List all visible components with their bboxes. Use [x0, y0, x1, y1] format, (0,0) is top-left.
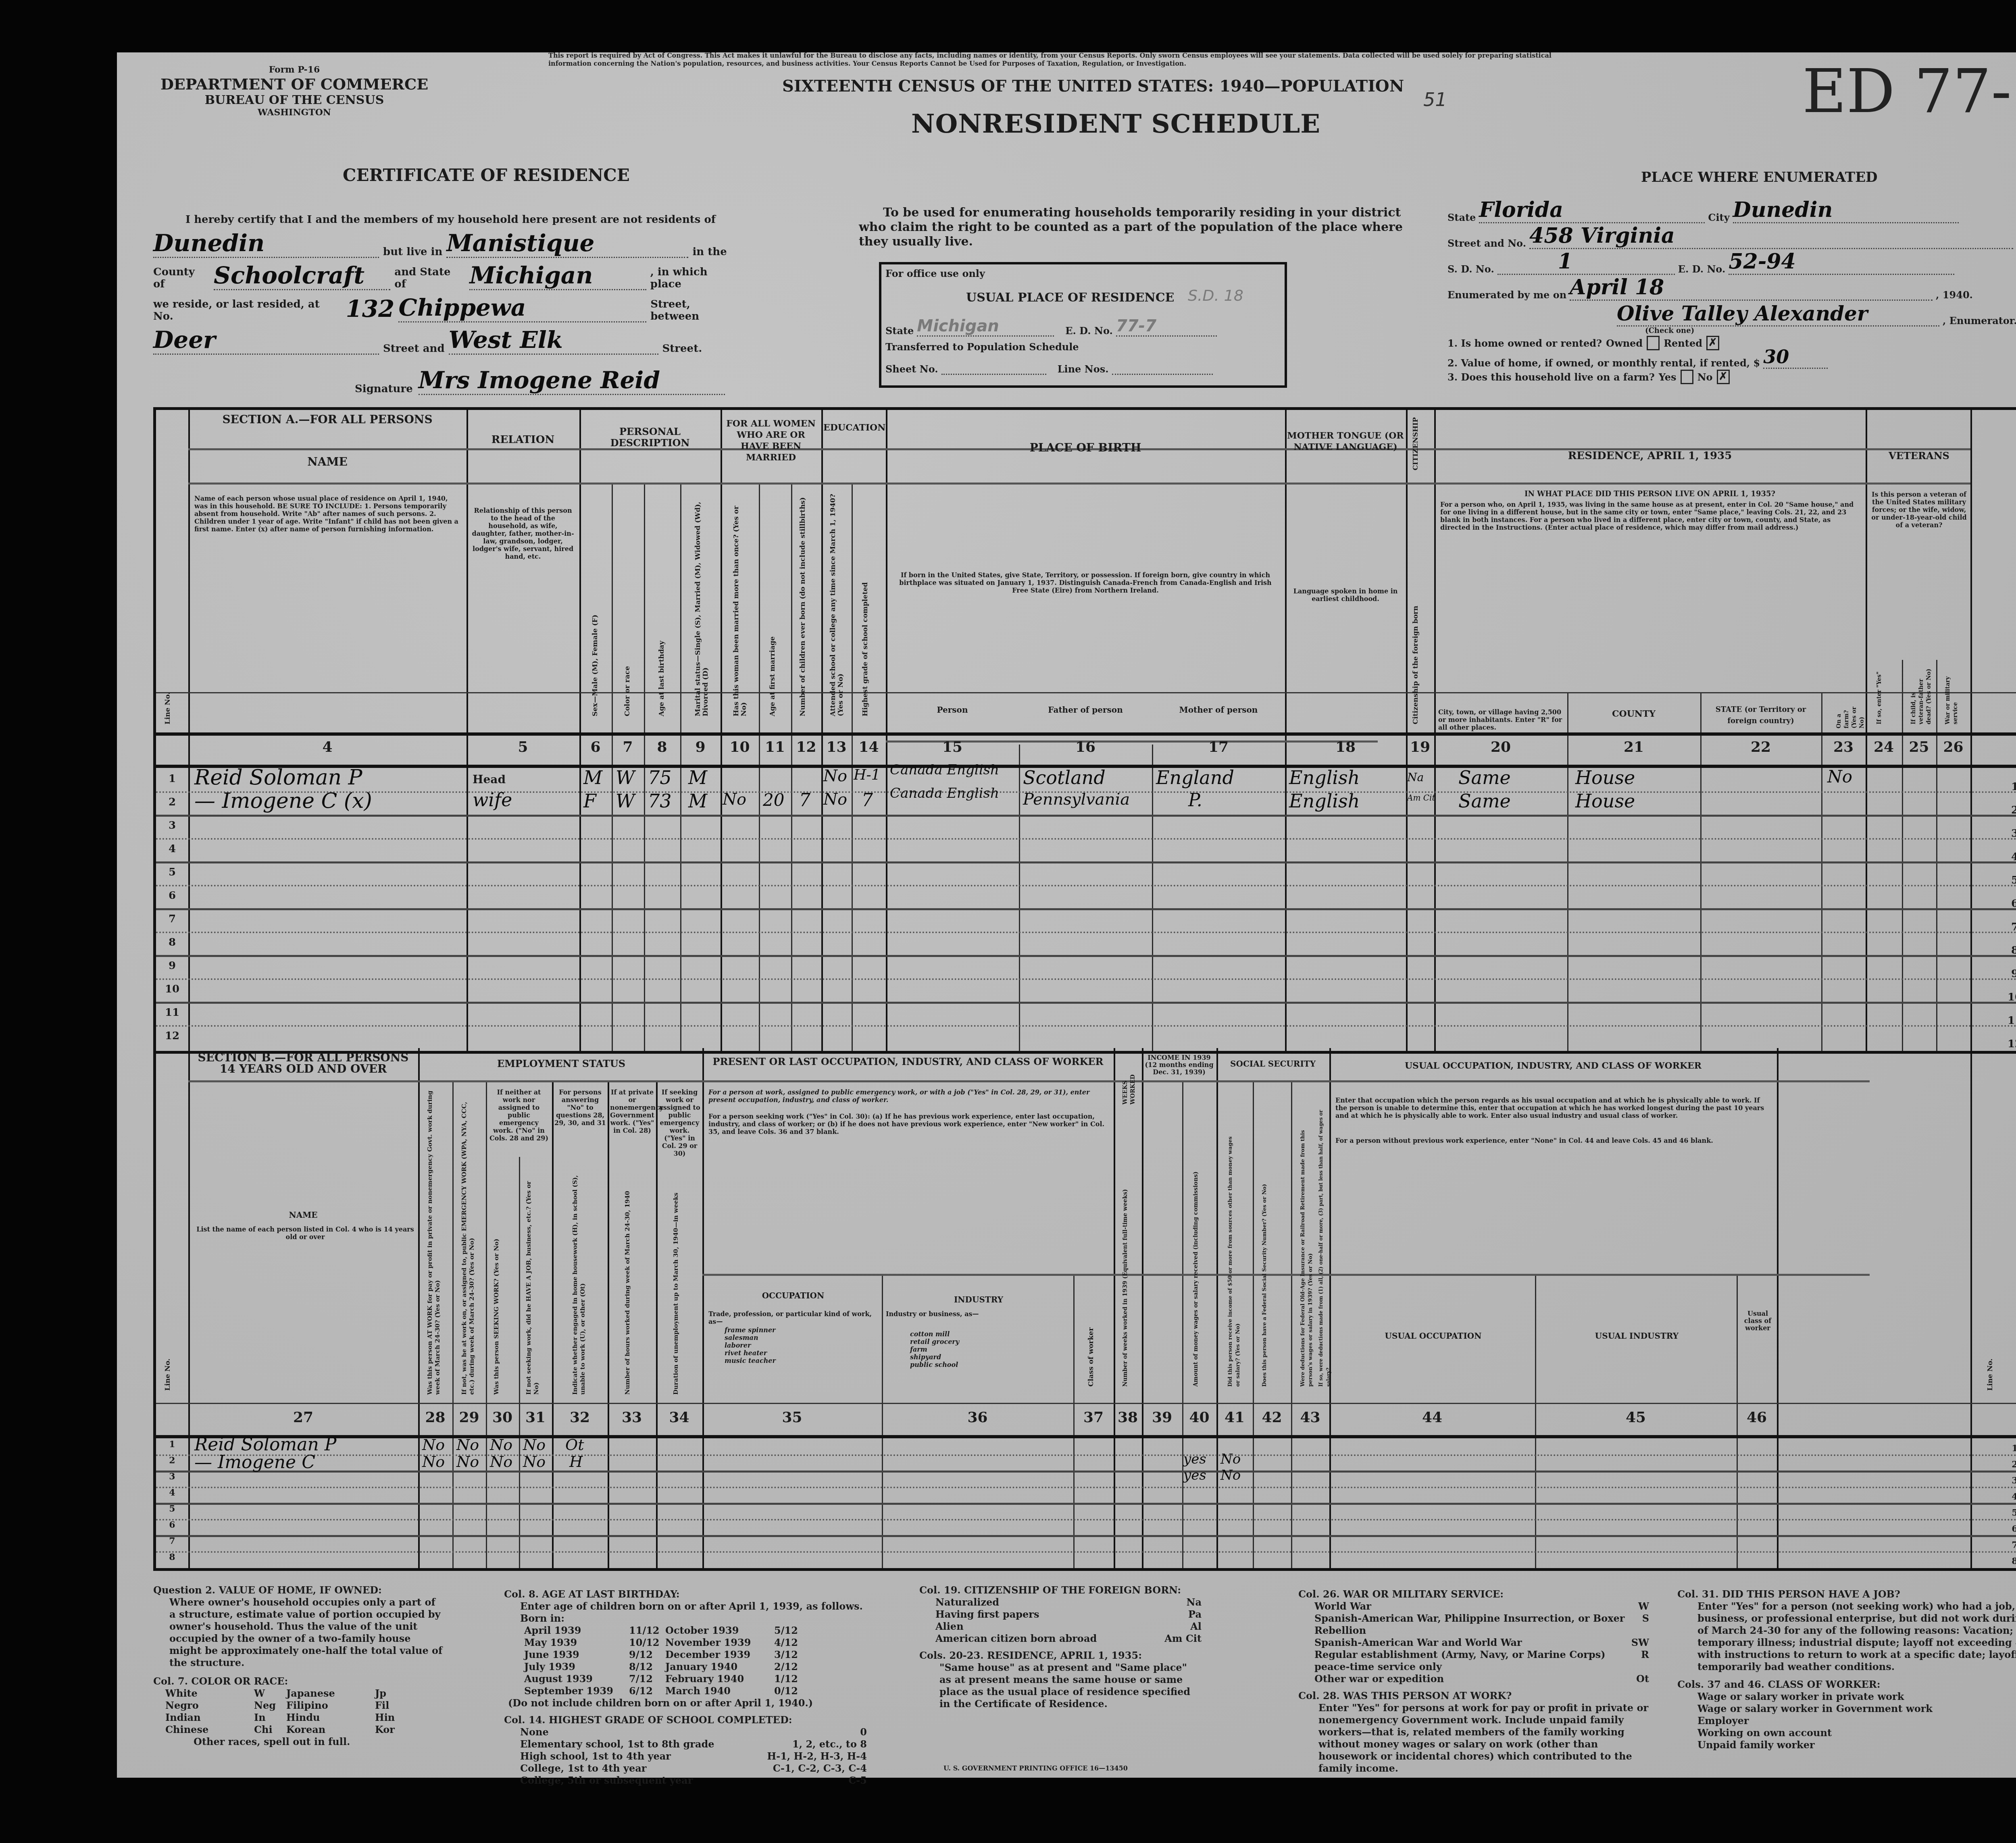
row1-citizenship[interactable]: Na: [1407, 771, 1424, 784]
marital-heading: Marital status—Single (S), Married (M), …: [694, 491, 710, 716]
farm-yes-label: Yes: [1659, 371, 1677, 383]
code-value: Fil: [375, 1699, 407, 1712]
pe-date-field[interactable]: April 18: [1570, 275, 1933, 301]
b-row2-col28[interactable]: No: [422, 1453, 445, 1471]
rented-checkbox[interactable]: ✗: [1706, 336, 1719, 350]
row2-school[interactable]: No: [823, 790, 847, 809]
education-heading: EDUCATION: [823, 422, 884, 433]
color-heading: Color or race: [624, 491, 631, 716]
residence-county-heading: COUNTY: [1569, 708, 1698, 720]
code-label: Naturalized: [935, 1596, 999, 1608]
birth-mother-heading: Mother of person: [1154, 704, 1283, 716]
farm-no-checkbox[interactable]: ✗: [1717, 370, 1730, 384]
line-number: 2: [156, 796, 188, 808]
b-line-number: 6: [156, 1520, 188, 1530]
q2-text: Where owner's household occupies only a …: [153, 1596, 444, 1669]
col32-group-heading: For persons answering "No" to questions …: [554, 1088, 606, 1127]
sex-heading: Sex—Male (M), Female (F): [591, 491, 599, 716]
office-ed-field[interactable]: 77-7: [1116, 317, 1217, 337]
place-enumerated-title: PLACE WHERE ENUMERATED: [1641, 169, 1878, 185]
row2-res-county[interactable]: House: [1575, 790, 1635, 812]
sd-annotation: S.D. 18: [1188, 287, 1243, 304]
code-label: Negro: [165, 1699, 254, 1712]
col-num-28: 28: [418, 1409, 452, 1426]
col30-31-group-heading: If neither at work nor assigned to publi…: [489, 1088, 549, 1142]
example: laborer: [725, 1342, 878, 1349]
code-label: Wage or salary worker in private work: [1697, 1691, 1904, 1703]
office-state-label: State: [885, 325, 914, 337]
industry-examples: cotton mill retail grocery farm shipyard…: [910, 1330, 1063, 1369]
row1-race[interactable]: W: [616, 767, 635, 788]
certificate-statement: I hereby certify that I and the members …: [153, 214, 742, 226]
col-num-8: 8: [644, 738, 680, 755]
place-of-birth-heading: PLACE OF BIRTH: [888, 442, 1283, 453]
code-label: College, 1st to 4th year: [520, 1762, 646, 1774]
married-more-heading: Has this woman been married more than on…: [733, 491, 748, 716]
cross-street-2-field[interactable]: West Elk: [449, 326, 658, 355]
department: DEPARTMENT OF COMMERCE: [153, 75, 435, 93]
code-value: 11/12: [629, 1625, 665, 1637]
pe-year: , 1940.: [1936, 289, 1973, 301]
col-num-18: 18: [1285, 738, 1406, 755]
b-row2-col31[interactable]: No: [523, 1453, 546, 1471]
col-num-6: 6: [579, 738, 612, 755]
confidentiality-notice: This report is required by Act of Congre…: [548, 52, 1597, 68]
col-num-45: 45: [1535, 1409, 1737, 1426]
line-number: 5: [156, 866, 188, 878]
occupation-subheading: OCCUPATION: [704, 1290, 882, 1301]
code-label: Regular establishment (Army, Navy, or Ma…: [1314, 1649, 1641, 1673]
code-label: None: [520, 1726, 549, 1738]
pe-enumerator-field[interactable]: Olive Talley Alexander: [1617, 302, 1939, 327]
row1-sex[interactable]: M: [583, 767, 602, 788]
q2-title: Question 2. VALUE OF HOME, IF OWNED:: [153, 1584, 444, 1596]
code-value: 0: [860, 1726, 867, 1738]
b-row1-col30[interactable]: No: [490, 1436, 512, 1454]
col-num-15: 15: [886, 738, 1019, 755]
reside-label: we reside, or last resided, at No.: [153, 298, 342, 322]
farm-yes-checkbox[interactable]: [1681, 370, 1693, 384]
col-num-19: 19: [1406, 738, 1434, 755]
col-num-22: 22: [1700, 738, 1821, 755]
code-label: American citizen born abroad: [935, 1633, 1097, 1645]
col8-title: Col. 8. AGE AT LAST BIRTHDAY:: [504, 1588, 867, 1600]
code-value: Chi: [254, 1724, 286, 1736]
instructions-col-1: Question 2. VALUE OF HOME, IF OWNED: Whe…: [153, 1584, 444, 1748]
usual-occupation-subheading: USUAL OCCUPATION: [1331, 1330, 1535, 1342]
b-row2-col40[interactable]: yes: [1183, 1467, 1206, 1483]
code-label: March 1940: [665, 1685, 774, 1697]
income-amount-heading: Amount of money wages or salary received…: [1192, 1129, 1200, 1387]
b-row1-col29[interactable]: No: [456, 1436, 479, 1454]
b-line-number-right: 6: [1970, 1524, 2016, 1534]
example: salesman: [725, 1334, 878, 1342]
usual-instructions-2: For a person without previous work exper…: [1335, 1137, 1771, 1144]
b-line-number: 4: [156, 1487, 188, 1498]
form-number: Form P-16: [153, 64, 435, 75]
residence-question: IN WHAT PLACE DID THIS PERSON LIVE ON AP…: [1436, 489, 1864, 500]
not-resident-of-field[interactable]: Dunedin: [153, 229, 379, 258]
state-label: and State of: [394, 266, 465, 290]
b-line-number-right: 1: [1970, 1443, 2016, 1454]
office-use-box: For office use only USUAL PLACE OF RESID…: [879, 262, 1287, 388]
cross-street-1-field[interactable]: Deer: [153, 326, 379, 355]
pe-street-field[interactable]: 458 Virginia: [1529, 223, 2013, 249]
line-no-heading: Line No.: [164, 612, 172, 724]
col37-title: Cols. 37 and 46. CLASS OF WORKER:: [1677, 1679, 2016, 1691]
street-and-label: Street and: [383, 343, 445, 355]
col-num-12: 12: [791, 738, 821, 755]
line-number-right: 4: [1970, 851, 2016, 863]
line-number: 4: [156, 843, 188, 855]
pe-state-field[interactable]: Florida: [1479, 198, 1705, 223]
code-value: Ot: [1636, 1673, 1649, 1685]
col-num-26: 26: [1936, 738, 1970, 755]
ss-deduction-share-heading: If so, were deductions made from (1) all…: [1317, 1109, 1333, 1387]
code-value: 9/12: [629, 1649, 665, 1661]
code-label: Filipino: [286, 1699, 375, 1712]
row2-grade[interactable]: 7: [862, 790, 873, 811]
row2-race[interactable]: W: [616, 790, 635, 812]
census-sheet: This report is required by Act of Congre…: [117, 52, 2016, 1778]
office-state-field[interactable]: Michigan: [917, 317, 1054, 337]
code-value: Na: [1187, 1596, 1202, 1608]
example: frame spinner: [725, 1326, 878, 1334]
sheet-no-label: Sheet No.: [885, 363, 938, 375]
in-the-label: in the: [692, 246, 727, 258]
code-value: 4/12: [774, 1637, 810, 1649]
row2-birth-father[interactable]: Pennsylvania: [1023, 790, 1130, 809]
col31-heading: If not seeking work, did he HAVE A JOB, …: [525, 1169, 540, 1395]
usual-residence-title: USUAL PLACE OF RESIDENCE: [966, 291, 1174, 305]
example: farm: [910, 1346, 1063, 1353]
instructions-col-5: Col. 31. DID THIS PERSON HAVE A JOB? Ent…: [1677, 1588, 2016, 1751]
col20-title: Cols. 20-23. RESIDENCE, APRIL 1, 1935:: [919, 1650, 1202, 1662]
row1-name[interactable]: Reid Soloman P: [194, 765, 362, 790]
code-value: C-1, C-2, C-3, C-4: [773, 1762, 867, 1774]
col26-title: Col. 26. WAR OR MILITARY SERVICE:: [1298, 1588, 1649, 1600]
rent-value-field[interactable]: 30: [1763, 346, 1828, 369]
residence-1935-heading: RESIDENCE, APRIL 1, 1935: [1436, 450, 1864, 462]
code-label: April 1939: [524, 1625, 629, 1637]
col8-codes: April 193911/12 October 19395/12 May 193…: [504, 1625, 867, 1697]
residence-state-heading: STATE (or Territory or foreign country): [1702, 704, 1819, 727]
line-number: 8: [156, 936, 188, 949]
col-num-20: 20: [1434, 738, 1567, 755]
example: retail grocery: [910, 1338, 1063, 1346]
row2-name[interactable]: — Imogene C (x): [194, 789, 372, 813]
code-label: Alien: [935, 1620, 964, 1633]
col-num-25: 25: [1902, 738, 1936, 755]
code-value: 8/12: [629, 1661, 665, 1673]
code-value: S: [1642, 1612, 1649, 1637]
census-title: SIXTEENTH CENSUS OF THE UNITED STATES: 1…: [782, 77, 1468, 96]
code-label: November 1939: [665, 1637, 774, 1649]
col-num-40: 40: [1182, 1409, 1216, 1426]
county-field[interactable]: Schoolcraft: [214, 262, 390, 290]
age-heading: Age at last birthday: [658, 491, 666, 716]
code-value: 7/12: [629, 1673, 665, 1685]
col-num-34: 34: [656, 1409, 702, 1426]
transferred-label: Transferred to Population Schedule: [885, 341, 1079, 353]
pe-enumerator-suffix: , Enumerator.: [1943, 315, 2016, 327]
code-label: World War: [1314, 1600, 1371, 1612]
col37-codes: Wage or salary worker in private workPW …: [1677, 1691, 2016, 1751]
col-num-35: 35: [702, 1409, 882, 1426]
b-row1-col41[interactable]: No: [1220, 1451, 1241, 1467]
col-num-4: 4: [188, 738, 467, 755]
income-heading: INCOME IN 1939 (12 months ending Dec. 31…: [1144, 1054, 1214, 1076]
code-value: C-5: [848, 1774, 867, 1787]
row1-birth-father[interactable]: Scotland: [1023, 767, 1106, 788]
women-married-heading: FOR ALL WOMEN WHO ARE OR HAVE BEEN MARRI…: [723, 418, 819, 463]
code-label: Spanish-American War, Philippine Insurre…: [1314, 1612, 1642, 1637]
b-line-number: 7: [156, 1536, 188, 1546]
veterans-heading: VETERANS: [1868, 450, 1970, 462]
line-number-right: 6: [1970, 898, 2016, 910]
row2-birth-mother[interactable]: P.: [1188, 790, 1202, 811]
example: shipyard: [910, 1353, 1063, 1361]
row1-birth-person[interactable]: Canada English: [890, 764, 1015, 776]
col-num-23: 23: [1821, 738, 1866, 755]
code-label: Wage or salary worker in Government work: [1697, 1703, 1933, 1715]
children-heading: Number of children ever born (do not inc…: [799, 491, 807, 716]
b-row1-col32[interactable]: Ot: [565, 1436, 584, 1454]
b-line-number-right: 7: [1970, 1540, 2016, 1550]
line-number: 1: [156, 773, 188, 785]
owned-label: Owned: [1606, 337, 1643, 349]
weeks-worked-sub: Number of weeks worked in 1939 (Equivale…: [1122, 1129, 1129, 1387]
code-value: Hin: [375, 1712, 407, 1724]
house-number-field[interactable]: 132: [346, 295, 394, 322]
col-num-27: 27: [188, 1409, 418, 1426]
line-number: 10: [156, 983, 188, 995]
col-num-10: 10: [721, 738, 759, 755]
residence-city-heading: City, town, or village having 2,500 or m…: [1438, 708, 1565, 731]
owned-checkbox[interactable]: [1647, 336, 1660, 350]
col-num-21: 21: [1567, 738, 1700, 755]
line-nos-label: Line Nos.: [1058, 363, 1109, 375]
code-label: College, 5th or subsequent year: [520, 1774, 693, 1787]
col28-title: Col. 28. WAS THIS PERSON AT WORK?: [1298, 1690, 1649, 1702]
occupation-instructions-1: For a person at work, assigned to public…: [708, 1088, 1112, 1104]
code-value: 2/12: [774, 1661, 810, 1673]
citizenship-vertical: Citizenship of the foreign born: [1412, 491, 1420, 724]
line-nos-field[interactable]: [1112, 363, 1213, 375]
b-row1-col31[interactable]: No: [523, 1436, 546, 1454]
row2-relation[interactable]: wife: [473, 789, 512, 811]
row2-tongue[interactable]: English: [1289, 790, 1360, 812]
code-value: 3/12: [774, 1649, 810, 1661]
row1-marital[interactable]: M: [688, 767, 707, 788]
col-num-11: 11: [759, 738, 791, 755]
example: music teacher: [725, 1357, 878, 1365]
row2-children[interactable]: 7: [799, 790, 810, 811]
line-number-right: 1: [1970, 781, 2016, 793]
col-num-14: 14: [852, 738, 886, 755]
row1-res-farm[interactable]: No: [1827, 767, 1852, 786]
col31-text: Enter "Yes" for a person (not seeking wo…: [1677, 1600, 2016, 1673]
code-label: February 1940: [665, 1673, 774, 1685]
pe-check-one: (Check one): [1447, 327, 2016, 335]
row2-age-first-marriage[interactable]: 20: [763, 790, 784, 810]
schedule-purpose: To be used for enumerating households te…: [859, 206, 1403, 249]
certificate-title: CERTIFICATE OF RESIDENCE: [343, 165, 630, 185]
row1-res-city[interactable]: Same: [1458, 767, 1511, 788]
personal-description-heading: PERSONAL DESCRIPTION: [581, 426, 719, 449]
age-first-marriage-heading: Age at first marriage: [769, 491, 777, 716]
relation-heading: RELATION: [469, 434, 577, 445]
col14-title: Col. 14. HIGHEST GRADE OF SCHOOL COMPLET…: [504, 1714, 867, 1726]
b-row2-col29[interactable]: No: [456, 1453, 479, 1471]
col-num-43: 43: [1291, 1409, 1329, 1426]
code-label: White: [165, 1687, 254, 1699]
social-security-heading: SOCIAL SECURITY: [1218, 1058, 1327, 1069]
row2-citizenship[interactable]: Am Cit: [1407, 793, 1435, 803]
code-label: Japanese: [286, 1687, 375, 1699]
col28-heading: Was this person AT WORK for pay or profi…: [426, 1088, 442, 1395]
row2-sex[interactable]: F: [583, 790, 596, 812]
street-field[interactable]: Chippewa: [398, 294, 646, 322]
code-label: August 1939: [524, 1673, 629, 1685]
col-num-42: 42: [1253, 1409, 1291, 1426]
code-value: Kor: [375, 1724, 407, 1736]
printing-office: U. S. GOVERNMENT PRINTING OFFICE 16—1345…: [919, 1762, 1202, 1774]
section-b-table: SECTION B.—FOR ALL PERSONS 14 YEARS OLD …: [153, 1048, 2016, 1571]
row1-school[interactable]: No: [823, 767, 847, 785]
col33-heading: Number of hours worked during week of Ma…: [624, 1169, 631, 1395]
vet-war-heading: War or military service: [1944, 668, 1960, 724]
code-value: Al: [1190, 1620, 1202, 1633]
bureau: BUREAU OF THE CENSUS: [153, 93, 435, 107]
code-value: 1, 2, etc., to 8: [792, 1738, 867, 1750]
pe-city-field[interactable]: Dunedin: [1733, 198, 1959, 223]
section-b-line-no-heading-right: Line No.: [1987, 1290, 1994, 1391]
code-label: Unpaid family worker: [1697, 1739, 1815, 1751]
citizenship-heading: CITIZENSHIP: [1412, 422, 1420, 470]
row1-res-county[interactable]: House: [1575, 767, 1635, 788]
pe-city-label: City: [1708, 212, 1729, 223]
attended-school-heading: Attended school or college any time sinc…: [829, 491, 845, 716]
live-in-field[interactable]: Manistique: [446, 229, 688, 258]
instructions-col-4: Col. 26. WAR OR MILITARY SERVICE: World …: [1298, 1588, 1649, 1774]
col29-heading: If not, was he at work on, or assigned t…: [460, 1088, 476, 1395]
row1-grade[interactable]: H-1: [854, 767, 880, 783]
row1-tongue[interactable]: English: [1289, 767, 1360, 788]
b-row2-name[interactable]: — Imogene C: [194, 1452, 315, 1473]
pe-state-label: State: [1447, 212, 1476, 223]
industry-sub-instructions: Industry or business, as—: [886, 1310, 1071, 1318]
line-number-right: 10: [1970, 991, 2016, 1003]
code-value: 6/12: [629, 1685, 665, 1697]
row1-birth-mother[interactable]: England: [1156, 767, 1234, 788]
row2-age[interactable]: 73: [648, 790, 672, 812]
code-value: Jp: [375, 1687, 407, 1699]
row2-married-more[interactable]: No: [723, 790, 746, 809]
sheet-no-field[interactable]: [941, 363, 1046, 375]
col34-heading: Duration of unemployment up to March 30,…: [672, 1169, 680, 1395]
state-field[interactable]: Michigan: [469, 262, 646, 290]
signature-label: Signature: [355, 383, 413, 395]
which-place-label: , in which place: [650, 266, 742, 290]
pe-ed-field[interactable]: 52-94: [1729, 249, 1954, 275]
col-num-37: 37: [1073, 1409, 1114, 1426]
birth-person-heading: Person: [888, 704, 1017, 716]
row1-relation[interactable]: Head: [473, 773, 506, 786]
place-enumerated-form: State Florida City Dunedin Street and No…: [1447, 198, 2016, 385]
line-number: 12: [156, 1030, 188, 1042]
line-number: 11: [156, 1007, 188, 1019]
b-row2-col30[interactable]: No: [490, 1453, 512, 1471]
col26-codes: World WarW Spanish-American War, Philipp…: [1298, 1600, 1649, 1685]
section-a-title: SECTION A.—FOR ALL PERSONS: [190, 414, 464, 425]
pe-sd-field[interactable]: 1: [1497, 249, 1675, 275]
b-row1-col28[interactable]: No: [422, 1436, 445, 1454]
place-of-birth-instructions: If born in the United States, give State…: [894, 571, 1277, 594]
code-value: Neg: [254, 1699, 286, 1712]
col7-title: Col. 7. COLOR OR RACE:: [153, 1675, 444, 1687]
col7-other: Other races, spell out in full.: [153, 1736, 444, 1748]
ed-annotation: ED 77-7: [1802, 56, 2016, 127]
schedule-title: NONRESIDENT SCHEDULE: [911, 109, 1320, 139]
code-value: Am Cit: [1164, 1633, 1202, 1645]
col-num-7: 7: [612, 738, 644, 755]
row2-birth-person[interactable]: Canada English: [890, 787, 1015, 799]
code-value: W: [1638, 1600, 1649, 1612]
code-label: High school, 1st to 4th year: [520, 1750, 671, 1762]
b-row2-col32[interactable]: H: [569, 1453, 583, 1471]
b-row1-col40[interactable]: yes: [1183, 1451, 1206, 1467]
rented-label: Rented: [1664, 337, 1702, 349]
b-line-number: 2: [156, 1455, 188, 1466]
col8-text: Enter age of children born on or after A…: [504, 1600, 867, 1625]
class-of-worker-heading: Class of worker: [1087, 1290, 1095, 1387]
col-num-17: 17: [1152, 738, 1285, 755]
but-live-in-label: but live in: [383, 246, 442, 258]
ss-number-heading: Does this person have a Federal Social S…: [1261, 1109, 1268, 1387]
b-row2-col41[interactable]: No: [1220, 1467, 1241, 1483]
col-num-29: 29: [452, 1409, 486, 1426]
ss-deductions-heading: Were deductions for Federal Old-Age Insu…: [1299, 1109, 1314, 1387]
code-label: Korean: [286, 1724, 375, 1736]
col28-text: Enter "Yes" for persons at work for pay …: [1298, 1702, 1649, 1774]
line-number-right: 5: [1970, 874, 2016, 886]
col-num-9: 9: [680, 738, 721, 755]
instructions-col-2: Col. 8. AGE AT LAST BIRTHDAY: Enter age …: [504, 1588, 867, 1787]
col-num-30: 30: [486, 1409, 519, 1426]
col-num-5: 5: [467, 738, 579, 755]
section-b-name-instructions: List the name of each person listed in C…: [196, 1225, 414, 1241]
signature-field[interactable]: Mrs Imogene Reid: [419, 366, 725, 395]
employment-status-heading: EMPLOYMENT STATUS: [420, 1058, 702, 1069]
line-number: 6: [156, 890, 188, 902]
name-instructions: Name of each person whose usual place of…: [194, 495, 460, 533]
col19-title: Col. 19. CITIZENSHIP OF THE FOREIGN BORN…: [919, 1584, 1202, 1596]
row2-marital[interactable]: M: [688, 790, 707, 812]
code-label: Employer: [1697, 1715, 1749, 1727]
b-line-number: 5: [156, 1504, 188, 1514]
q2-label: 2. Value of home, if owned, or monthly r…: [1447, 357, 1760, 369]
code-value: 10/12: [629, 1637, 665, 1649]
row2-res-city[interactable]: Same: [1458, 790, 1511, 812]
mother-tongue-instructions: Language spoken in home in earliest chil…: [1289, 587, 1402, 603]
col-num-24: 24: [1866, 738, 1902, 755]
row1-age[interactable]: 75: [648, 767, 672, 788]
code-value: H-1, H-2, H-3, H-4: [767, 1750, 867, 1762]
code-label: Indian: [165, 1712, 254, 1724]
col-num-46: 46: [1737, 1409, 1777, 1426]
line-number-right: 9: [1970, 968, 2016, 980]
